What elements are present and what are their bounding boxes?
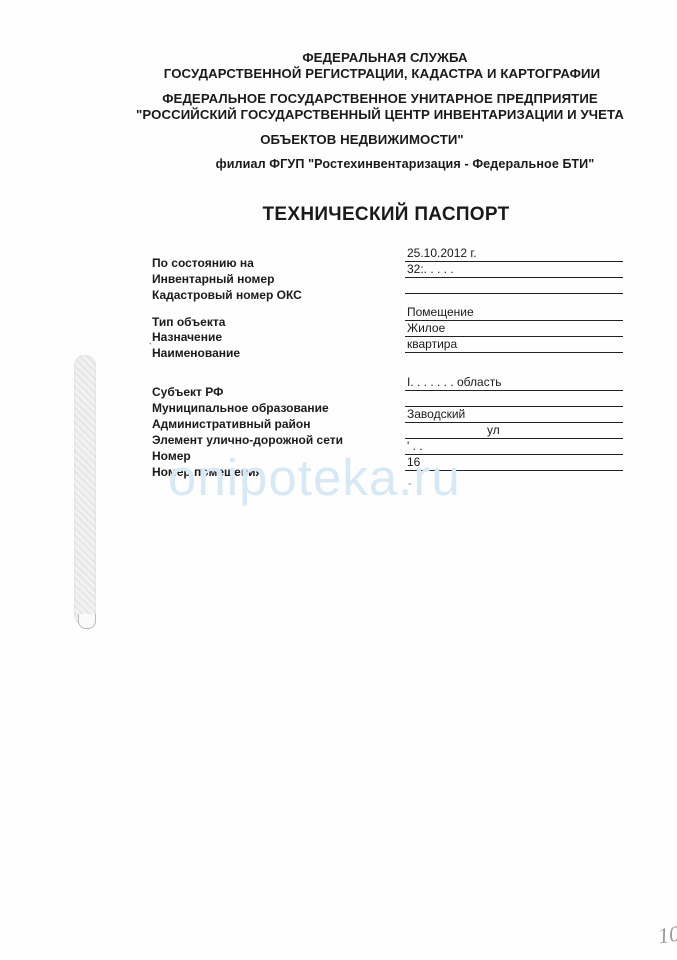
field-label-inventory-number: Инвентарный номер [152,272,274,286]
handwritten-page-number: 10 [656,921,677,950]
field-label-street: Элемент улично-дорожной сети [152,433,343,447]
binding-strip [74,355,96,625]
binding-clip [78,614,96,629]
field-value-as-of-date: 25.10.2012 г. [405,247,623,262]
field-value-purpose: Жилое [405,322,623,337]
document-title: ТЕХНИЧЕСКИЙ ПАСПОРТ [0,204,677,226]
field-label-municipality: Муниципальное образование [152,401,329,415]
field-value-admin-district: Заводский [405,408,623,423]
field-value-name: квартира [405,338,623,353]
agency-name-line1: ФЕДЕРАЛЬНАЯ СЛУЖБА [75,50,677,65]
enterprise-name-line2: "РОССИЙСКИЙ ГОСУДАРСТВЕННЫЙ ЦЕНТР ИНВЕНТ… [60,107,677,122]
field-label-purpose: Назначение [152,330,222,344]
branch-name: филиал ФГУП "Ростехинвентаризация - Феде… [105,157,677,171]
field-value-cadastral-number [405,279,623,294]
agency-name-line2: ГОСУДАРСТВЕННОЙ РЕГИСТРАЦИИ, КАДАСТРА И … [62,66,677,81]
field-label-admin-district: Административный район [152,417,311,431]
field-value-object-type: Помещение [405,306,623,321]
field-value-inventory-number: 32:. . . . . [405,263,623,278]
enterprise-name-line1: ФЕДЕРАЛЬНОЕ ГОСУДАРСТВЕННОЕ УНИТАРНОЕ ПР… [60,91,677,106]
document-page: ФЕДЕРАЛЬНАЯ СЛУЖБА ГОСУДАРСТВЕННОЙ РЕГИС… [0,0,677,960]
field-value-street: ул [405,424,623,439]
field-label-as-of-date: По состоянию на [152,256,254,270]
field-label-object-type: Тип объекта [152,315,225,329]
field-value-federal-subject: I. . . . . . . область [405,376,623,391]
field-label-federal-subject: Субъект РФ [152,385,223,399]
field-label-cadastral-number: Кадастровый номер ОКС [152,288,302,302]
field-value-municipality [405,392,623,407]
watermark: onipoteka.ru [168,448,461,507]
enterprise-name-line3: ОБЪЕКТОВ НЕДВИЖИМОСТИ" [62,132,662,147]
field-label-name: Наименование [152,346,240,360]
